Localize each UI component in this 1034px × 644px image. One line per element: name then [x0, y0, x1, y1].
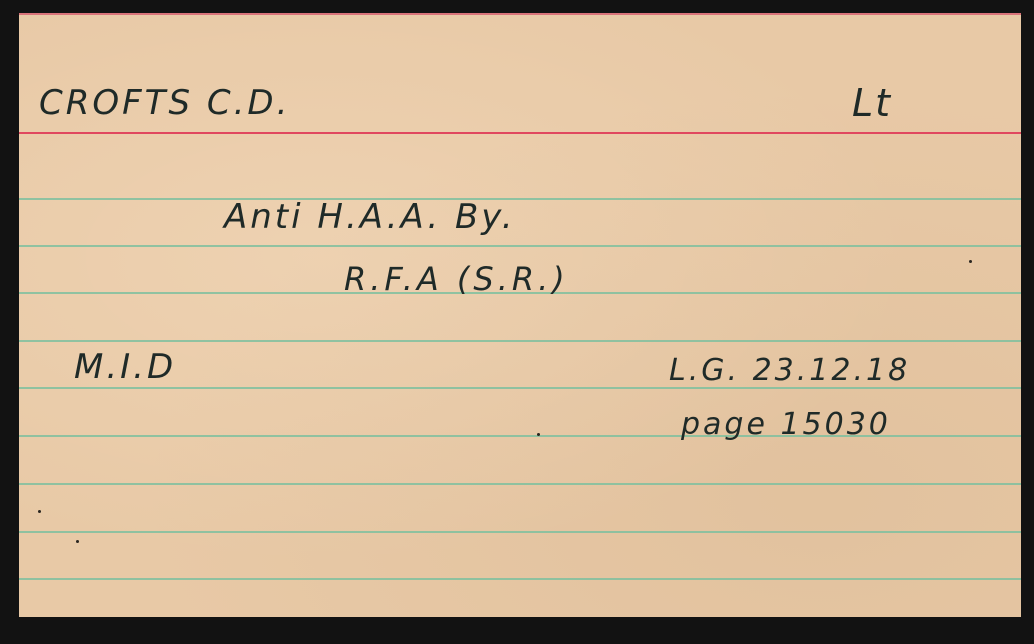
ruled-line	[19, 198, 1021, 200]
ruled-line	[19, 531, 1021, 533]
surname-initials: CROFTS C.D.	[39, 83, 290, 123]
ruled-line	[19, 483, 1021, 485]
speck	[76, 540, 79, 543]
gazette-page: page 15030	[681, 407, 891, 442]
ruled-line	[19, 245, 1021, 247]
header-rule	[19, 132, 1021, 134]
unit-line-2: R.F.A (S.R.)	[344, 260, 569, 298]
speck	[537, 433, 540, 436]
unit-line-1: Anti H.A.A. By.	[224, 197, 516, 237]
rank: Lt	[852, 81, 892, 125]
award: M.I.D	[74, 347, 176, 387]
speck	[969, 260, 972, 263]
ruled-line	[19, 578, 1021, 580]
index-card: CROFTS C.D. Lt Anti H.A.A. By. R.F.A (S.…	[19, 13, 1021, 617]
ruled-line	[19, 340, 1021, 342]
gazette-reference: L.G. 23.12.18	[669, 353, 910, 388]
speck	[38, 510, 41, 513]
